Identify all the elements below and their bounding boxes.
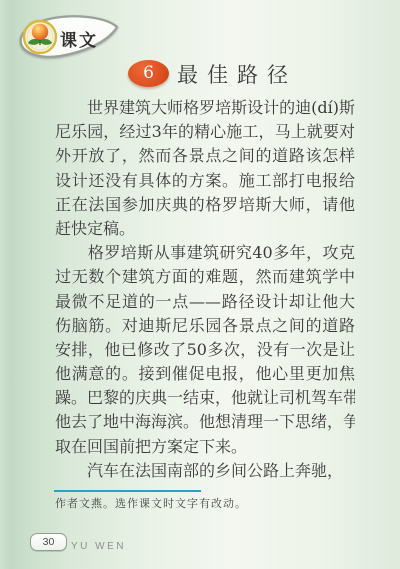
text-line: 汽车在法国南部的乡间公路上奔驰， [55, 459, 355, 483]
page-number-box: 30 [30, 533, 67, 551]
text-line: 取在回国前把方案定下来。 [55, 435, 355, 459]
footnote-text: 作者文燕。选作课文时文字有改动。 [55, 495, 247, 511]
text-line: 过无数个建筑方面的难题，然而建筑学中 [55, 265, 355, 289]
lesson-body-text: 世界建筑大师格罗培斯设计的迪(dí)斯 尼乐园，经过3年的精心施工，马上就要对 … [55, 96, 355, 483]
text-line: 正在法国参加庆典的格罗培斯大师，请他 [55, 193, 355, 217]
lesson-number-badge: 6 [128, 60, 169, 87]
logo-label: 课文 [60, 26, 98, 51]
text-line: 设计还没有具体的方案。施工部打电报给 [55, 169, 355, 193]
text-line: 安排，他已修改了50多次，没有一次是让 [55, 338, 355, 362]
text-line: 他去了地中海海滨。他想清理一下思绪，争 [55, 410, 355, 434]
lesson-section-logo: 课文 [16, 12, 126, 62]
flower-emblem-icon [24, 21, 56, 53]
page-number: 30 [43, 536, 55, 548]
book-name-pinyin: YU WEN [71, 541, 126, 552]
text-line: 格罗培斯从事建筑研究40多年，攻克 [55, 241, 355, 265]
textbook-page: 课文 6 最佳路径 世界建筑大师格罗培斯设计的迪(dí)斯 尼乐园，经过3年的精… [0, 0, 400, 569]
footnote-divider [54, 490, 201, 492]
text-line: 躁。巴黎的庆典一结束，他就让司机驾车带 [55, 386, 355, 410]
text-line: 世界建筑大师格罗培斯设计的迪(dí)斯 [55, 96, 355, 120]
text-line: 最微不足道的一点——路径设计却让他大 [55, 290, 355, 314]
lesson-number: 6 [143, 63, 154, 84]
text-line: 外开放了，然而各景点之间的道路该怎样 [55, 144, 355, 168]
text-line: 尼乐园，经过3年的精心施工，马上就要对 [55, 120, 355, 144]
lesson-title: 最佳路径 [177, 59, 297, 89]
text-line: 赶快定稿。 [55, 217, 355, 241]
text-line: 伤脑筋。对迪斯尼乐园各景点之间的道路 [55, 314, 355, 338]
text-line: 他满意的。接到催促电报，他心里更加焦 [55, 362, 355, 386]
